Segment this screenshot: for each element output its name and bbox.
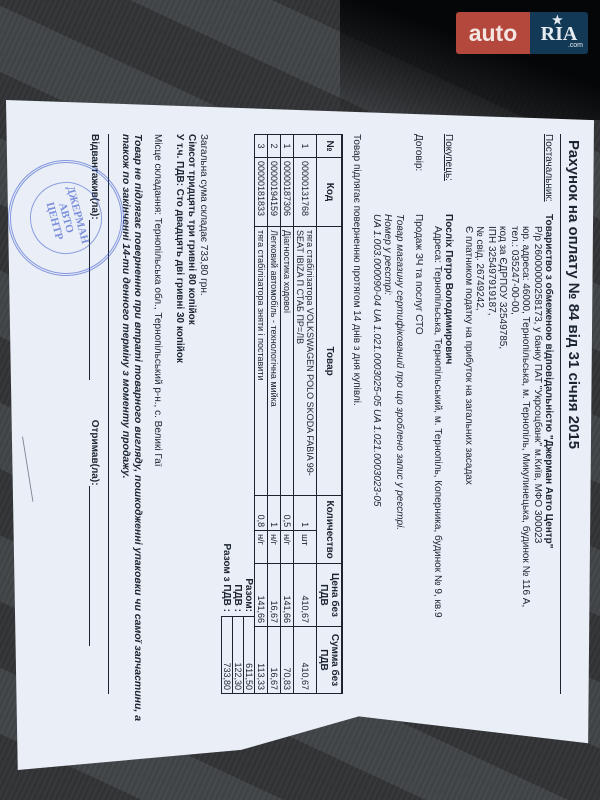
supplier-line: ІПН 325497919187,	[486, 226, 498, 736]
cell-unit: шт	[294, 531, 317, 564]
invoice-title: Рахунок на оплату № 84 від 31 січня 2015	[565, 140, 582, 736]
totals-row: ПДВ :122,30	[233, 584, 244, 694]
cell-item: Легковий автомобіль - технологічна мийка	[268, 227, 281, 496]
supplier-line: Р/р 26000000258173, у банку ПАТ "Укрсоцб…	[532, 226, 544, 736]
cell-price: 16,67	[268, 564, 281, 627]
cell-price: 141,66	[281, 564, 294, 627]
certification-block: Товар магазину сертифікований про що зро…	[371, 134, 406, 736]
supplier-block: Постачальник: Товариство з обмеженою від…	[463, 134, 555, 736]
autoria-watermark: auto ★ RIA .com	[456, 12, 588, 54]
contract-label: Договір:	[413, 134, 424, 214]
star-icon: ★	[552, 0, 563, 42]
totals-row: Разом з ПДВ :733,80	[222, 544, 233, 695]
received-signature-line	[90, 486, 101, 646]
cell-price: 410,67	[294, 564, 317, 627]
invoice-sheet: Рахунок на оплату № 84 від 31 січня 2015…	[6, 100, 594, 770]
buyer-label: Покупець:	[432, 134, 455, 214]
watermark-ria: ★ RIA .com	[530, 12, 588, 54]
cell-code: 00000187306	[281, 158, 294, 227]
supplier-line: юр. адреса: 46000, Тернопільська, м. Тер…	[520, 226, 532, 736]
cell-qty: 0,5	[281, 496, 294, 531]
cell-qty: 1	[294, 496, 317, 531]
table-row: 200000194159Легковий автомобіль - технол…	[268, 135, 281, 694]
buyer-name: Посліх Петро Володимирович	[444, 214, 455, 736]
place-of-issue: Місце складання: Тернопільська обл., Тер…	[153, 134, 164, 736]
cell-item: тяга стабілізатора VOLKSWAGEN POLO SKODA…	[294, 227, 317, 496]
received-label: Отримав(ла):	[90, 420, 101, 486]
cell-sum: 113,33	[255, 627, 268, 694]
contract-value: Продаж ЗЧ та послуг СТО	[413, 214, 424, 736]
totals-block: Разом:611,50 ПДВ :122,30 Разом з ПДВ :73…	[222, 134, 255, 694]
total-in-words: Загальна сума складає 733,80 грн. Сімсот…	[174, 134, 210, 736]
company-stamp: ДЖЕРМАН АВТО ЦЕНТР	[0, 147, 137, 289]
table-row: 300000181833тяга стабілізатора зняти і п…	[255, 135, 268, 694]
cell-unit: н/г	[268, 531, 281, 564]
invoice-content: Рахунок на оплату № 84 від 31 січня 2015…	[14, 100, 594, 760]
supplier-line: код за ЄДРПОУ 32549785,	[497, 226, 509, 736]
cell-sum: 70,83	[281, 627, 294, 694]
return-note: Товар підлягає поверненню протягом 14 дн…	[352, 134, 363, 736]
cell-price: 141,66	[255, 564, 268, 627]
supplier-line: Є платником податку на прибуток на загал…	[463, 226, 475, 736]
cell-no: 1	[281, 135, 294, 158]
cell-qty: 0,8	[255, 496, 268, 531]
divider	[560, 134, 561, 694]
cell-no: 2	[268, 135, 281, 158]
contract-block: Договір: Продаж ЗЧ та послуг СТО	[413, 134, 424, 736]
supplier-line: тел.: 035247-00-00,	[509, 226, 521, 736]
handwritten-signature	[22, 436, 63, 513]
buyer-block: Покупець: Посліх Петро Володимирович Адр…	[432, 134, 455, 736]
cell-item: тяга стабілізатора зняти і поставити	[255, 227, 268, 496]
cell-code: 00000131768	[294, 158, 317, 227]
cell-unit: н/г	[255, 531, 268, 564]
supplier-label: Постачальник:	[463, 134, 555, 214]
supplier-name: Товариство з обмеженою відповідальністю …	[543, 214, 554, 736]
buyer-address: Адреса: Тернопільська, Тернопільський, м…	[432, 214, 444, 736]
items-table: № Код Товар Количество Цена без ПДВ Сумм…	[255, 134, 344, 694]
cell-code: 00000194159	[268, 158, 281, 227]
cell-no: 3	[255, 135, 268, 158]
cell-no: 1	[294, 135, 317, 158]
cell-sum: 16,67	[268, 627, 281, 694]
table-row: 100000131768тяга стабілізатора VOLKSWAGE…	[294, 135, 317, 694]
cell-code: 00000181833	[255, 158, 268, 227]
table-row: 100000187306Діагностика ходової0,5н/г141…	[281, 135, 294, 694]
cell-item: Діагностика ходової	[281, 227, 294, 496]
cell-sum: 410,67	[294, 627, 317, 694]
totals-row: Разом:611,50	[244, 578, 255, 694]
cell-qty: 1	[268, 496, 281, 531]
supplier-line: № свід. 26749242,	[474, 226, 486, 736]
cell-unit: н/г	[281, 531, 294, 564]
watermark-auto: auto	[456, 12, 530, 54]
